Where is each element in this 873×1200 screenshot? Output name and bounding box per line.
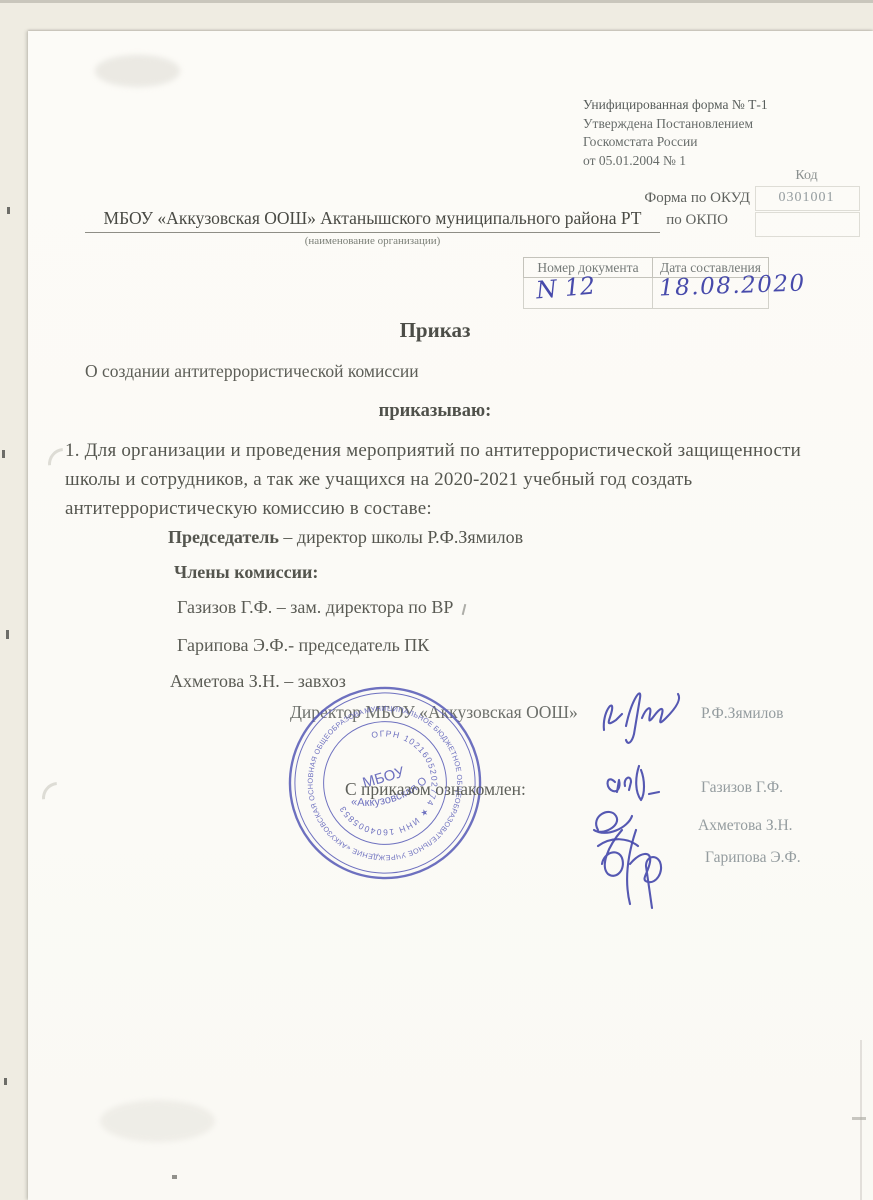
doc-date-cell: 18.08.2020 bbox=[653, 278, 768, 308]
form-reference-block: Унифицированная форма № Т-1 Утверждена П… bbox=[583, 96, 768, 170]
director-name: Р.Ф.Зямилов bbox=[701, 705, 783, 723]
doc-date-handwritten: 18.08.2020 bbox=[659, 270, 807, 301]
form-reference-line: Утверждена Постановлением bbox=[583, 115, 768, 134]
members-label: Члены комиссии: bbox=[174, 562, 318, 583]
scan-smudge bbox=[95, 55, 180, 87]
decree-word: приказываю: bbox=[85, 401, 785, 422]
ink-speck bbox=[172, 1175, 177, 1179]
doc-number-handwritten: N 12 bbox=[535, 271, 596, 304]
ack-name: Гарипова Э.Ф. bbox=[705, 849, 801, 867]
form-reference-line: от 05.01.2004 № 1 bbox=[583, 152, 768, 171]
organization-caption: (наименование организации) bbox=[85, 235, 660, 247]
ack-label: С приказом ознакомлен: bbox=[345, 779, 526, 800]
organization-name: МБОУ «Аккузовская ООШ» Актанышского муни… bbox=[85, 208, 660, 233]
chair-label: Председатель bbox=[168, 527, 279, 547]
paper-fold-line bbox=[860, 1040, 862, 1200]
body-line: школы и сотрудников, а так же учащихся н… bbox=[65, 465, 801, 494]
scanned-document: Унифицированная форма № Т-1 Утверждена П… bbox=[0, 0, 873, 1200]
ack-signature-3 bbox=[592, 826, 700, 912]
ack-name: Газизов Г.Ф. bbox=[701, 779, 783, 797]
okud-code-value: 0301001 bbox=[755, 190, 858, 206]
chair-line: Председатель – директор школы Р.Ф.Зямило… bbox=[168, 527, 523, 548]
ack-signature-1 bbox=[601, 760, 671, 806]
chair-rest: – директор школы Р.Ф.Зямилов bbox=[283, 527, 523, 547]
director-signature bbox=[598, 680, 694, 752]
edge-mark bbox=[2, 450, 5, 458]
okpo-code-box bbox=[755, 212, 860, 237]
code-column-label: Код bbox=[755, 168, 858, 184]
ack-name: Ахметова З.Н. bbox=[698, 817, 793, 835]
body-line: антитеррористическую комиссию в составе: bbox=[65, 494, 801, 523]
paper-fold-dash bbox=[852, 1117, 866, 1120]
edge-mark bbox=[7, 207, 10, 214]
order-body: 1. Для организации и проведения мероприя… bbox=[65, 436, 801, 523]
doc-number-cell: N 12 bbox=[524, 278, 653, 308]
body-line: 1. Для организации и проведения мероприя… bbox=[65, 436, 801, 465]
edge-mark bbox=[4, 1078, 7, 1085]
member-item: Гарипова Э.Ф.- председатель ПК bbox=[177, 635, 429, 656]
order-subject: О создании антитеррористической комиссии bbox=[85, 361, 419, 382]
doc-number-table: Номер документа Дата составления N 12 18… bbox=[523, 257, 769, 309]
member-item: Газизов Г.Ф. – зам. директора по ВР bbox=[177, 597, 453, 618]
okud-label: Форма по ОКУД bbox=[560, 190, 750, 207]
form-reference-line: Госкомстата России bbox=[583, 133, 768, 152]
member-item: Ахметова З.Н. – завхоз bbox=[170, 671, 346, 692]
scan-smudge bbox=[100, 1100, 215, 1142]
form-reference-line: Унифицированная форма № Т-1 bbox=[583, 96, 768, 115]
edge-mark bbox=[6, 630, 9, 639]
order-title: Приказ bbox=[85, 318, 785, 343]
